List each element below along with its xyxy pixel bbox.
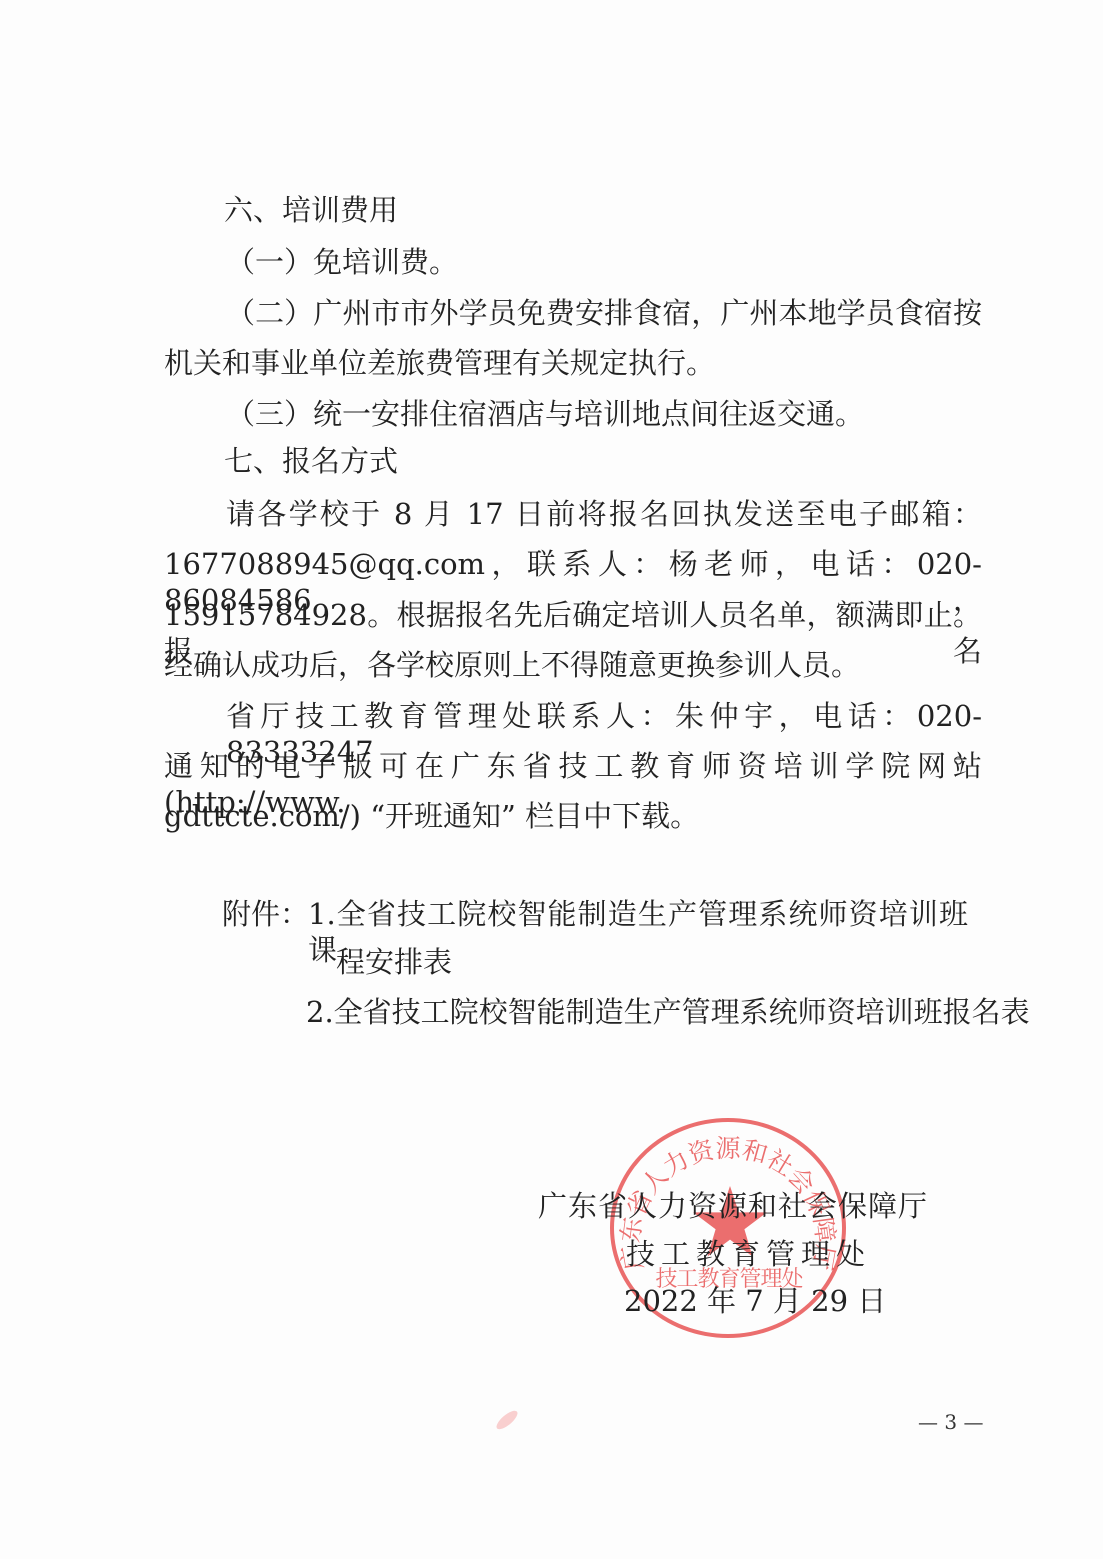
section-heading-training-fees: 六、培训费用 (224, 192, 398, 228)
ink-smudge (494, 1408, 520, 1432)
signature-date: 2022 年 7 月 29 日 (624, 1283, 886, 1319)
attachment-item-2: 2.全省技工院校智能制造生产管理系统师资培训班报名表 (306, 994, 1030, 1030)
document-page: 六、培训费用 （一）免培训费。 （二）广州市市外学员免费安排食宿，广州本地学员食… (0, 0, 1103, 1559)
page-number: — 3 — (918, 1410, 983, 1434)
paragraph-registration-line-4: 经确认成功后，各学校原则上不得随意更换参训人员。 (164, 647, 860, 683)
paragraph-fee-item-1: （一）免培训费。 (226, 244, 458, 280)
attachment-item-1-line-2: 程安排表 (336, 944, 452, 980)
paragraph-fee-item-3: （三）统一安排住宿酒店与培训地点间往返交通。 (226, 396, 864, 432)
signature-department: 技工教育管理处 (626, 1236, 871, 1272)
section-heading-registration: 七、报名方式 (224, 443, 398, 479)
paragraph-contact-line-3: gdttcte.com/) “开班通知” 栏目中下载。 (164, 798, 699, 834)
signature-organization: 广东省人力资源和社会保障厅 (538, 1188, 928, 1224)
attachments-label: 附件： (222, 896, 309, 932)
paragraph-registration-line-1: 请各学校于 8 月 17 日前将报名回执发送至电子邮箱： (226, 496, 982, 532)
paragraph-fee-item-2-line-2: 机关和事业单位差旅费管理有关规定执行。 (164, 345, 715, 381)
paragraph-fee-item-2-line-1: （二）广州市市外学员免费安排食宿，广州本地学员食宿按 (226, 295, 982, 331)
